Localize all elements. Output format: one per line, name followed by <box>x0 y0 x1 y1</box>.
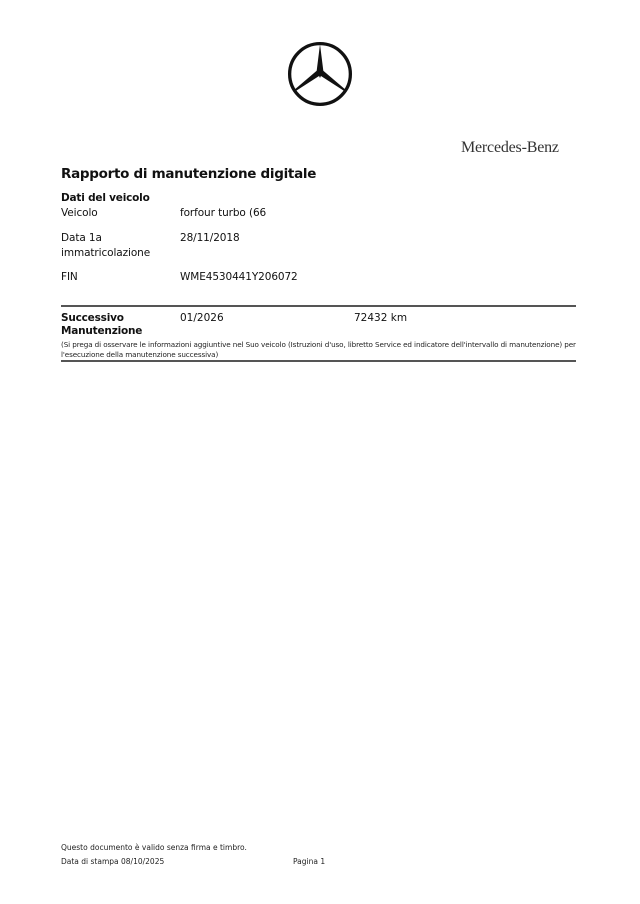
divider-top <box>61 305 576 307</box>
next-maintenance-date: 01/2026 <box>180 312 224 324</box>
fin-label: FIN <box>61 270 78 285</box>
brand-wordmark: Mercedes-Benz <box>461 139 559 157</box>
registration-label-line2: immatricolazione <box>61 246 150 261</box>
fin-value: WME4530441Y206072 <box>180 270 298 285</box>
next-maintenance-mileage: 72432 km <box>354 312 407 324</box>
vehicle-value: forfour turbo (66 <box>180 206 266 221</box>
print-date: Data di stampa 08/10/2025 <box>61 857 164 866</box>
next-maintenance-label: Successivo Manutenzione <box>61 312 142 338</box>
page-number: Pagina 1 <box>293 857 325 866</box>
next-maintenance-label-line1: Successivo <box>61 312 142 325</box>
validity-note: Questo documento è valido senza firma e … <box>61 843 247 852</box>
vehicle-label: Veicolo <box>61 206 98 221</box>
mercedes-star-icon <box>287 41 353 107</box>
divider-bottom <box>61 360 576 362</box>
registration-label-line1: Data 1a <box>61 231 102 246</box>
page-title: Rapporto di manutenzione digitale <box>61 166 316 182</box>
registration-value: 28/11/2018 <box>180 231 240 246</box>
next-maintenance-label-line2: Manutenzione <box>61 325 142 338</box>
maintenance-note: (Si prega di osservare le informazioni a… <box>61 340 581 359</box>
vehicle-section-heading: Dati del veicolo <box>61 192 150 204</box>
